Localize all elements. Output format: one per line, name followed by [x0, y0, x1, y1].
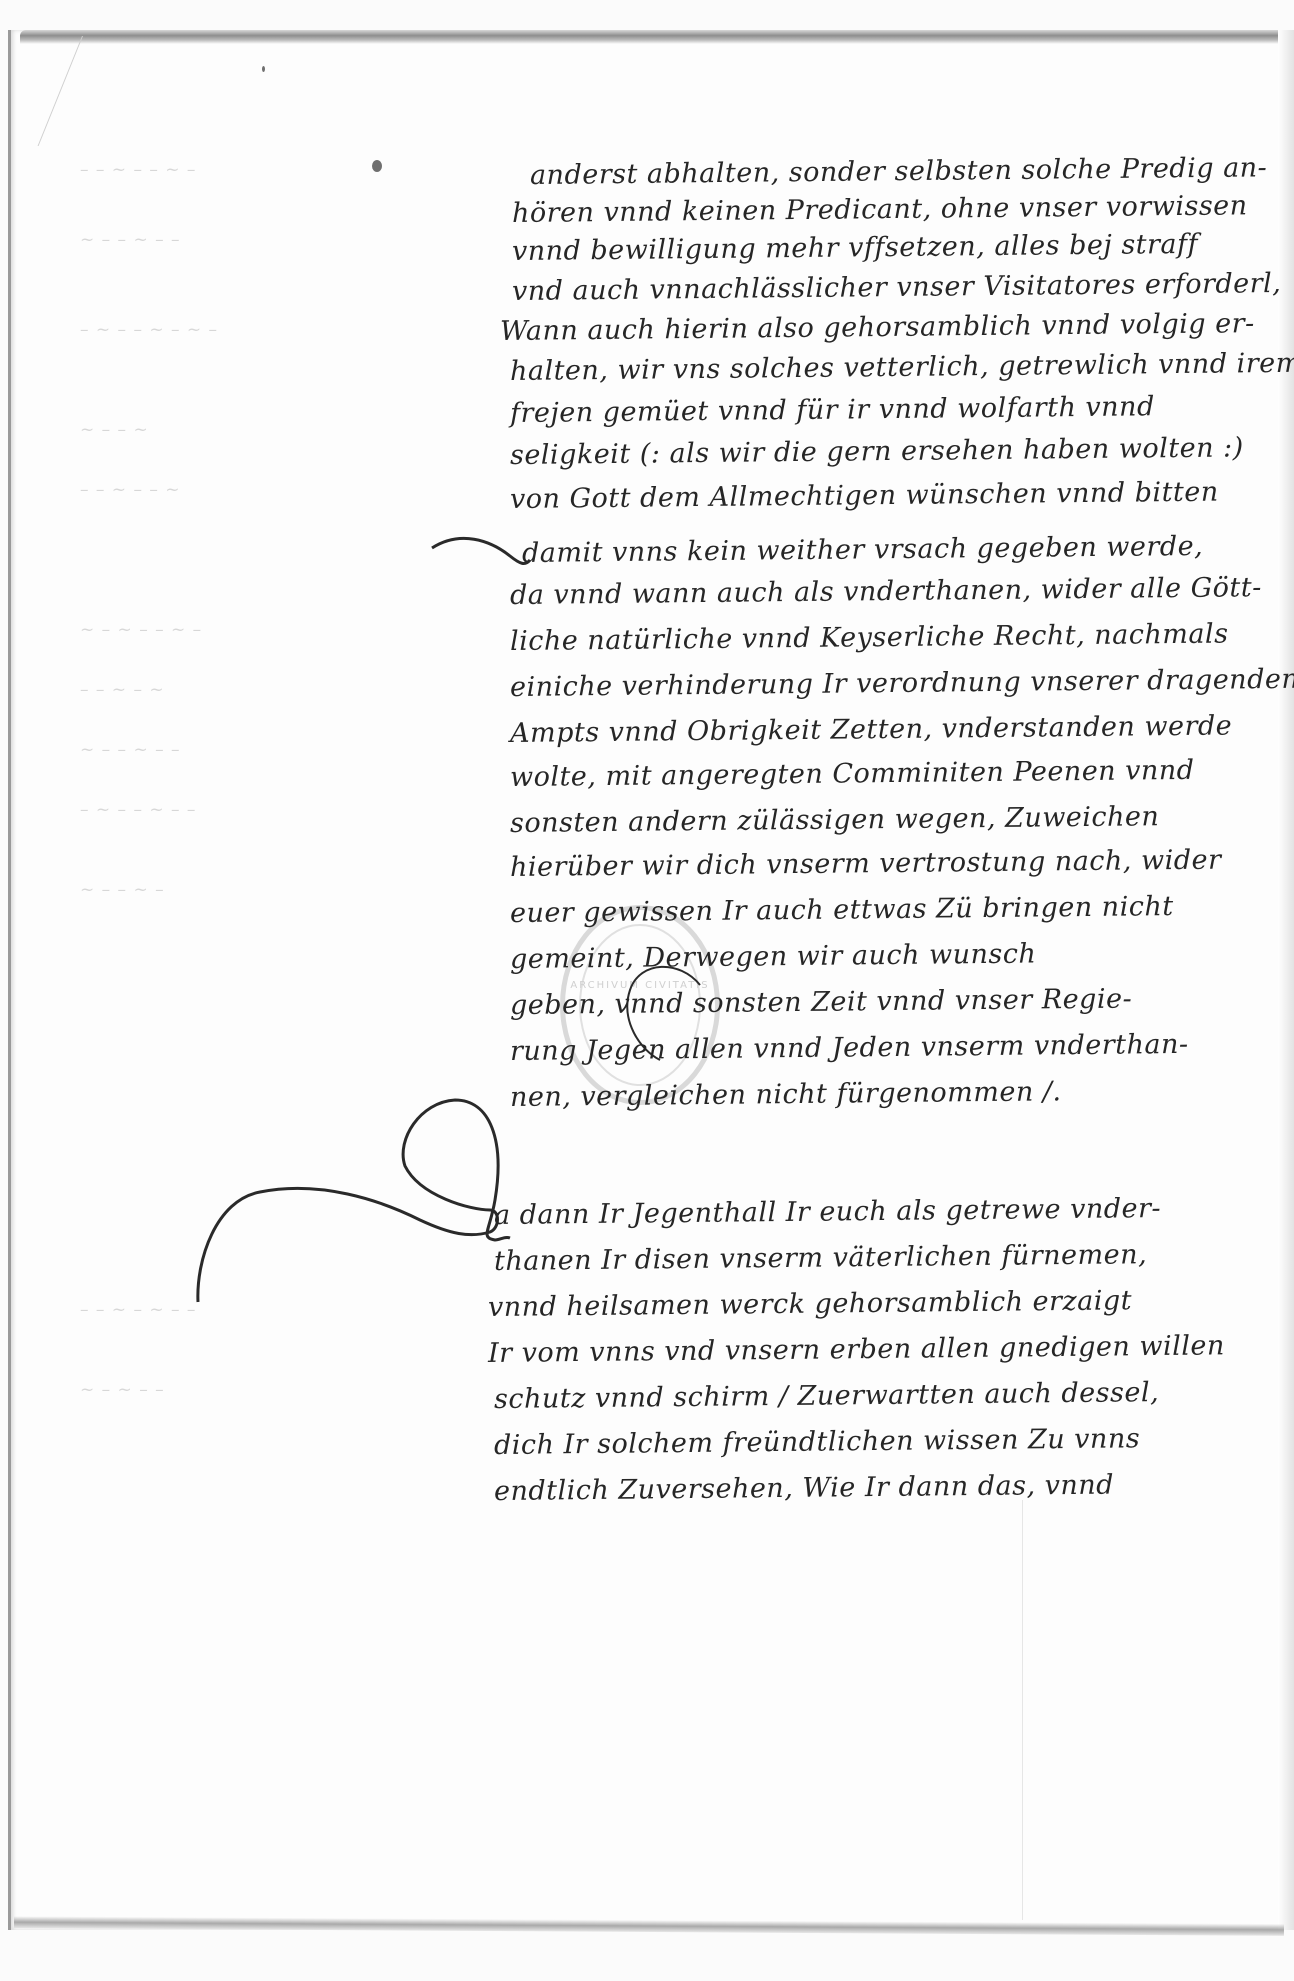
bleed-line: – – ~ – – ~	[80, 480, 460, 500]
text-line: gemeint, Derwegen wir auch wunsch	[510, 938, 1037, 975]
bleed-line: – ~ – – ~ – –	[80, 800, 460, 820]
page-top-edge	[20, 30, 1294, 44]
bleed-line: ~ – ~ – –	[80, 1380, 460, 1400]
ink-spot	[262, 66, 265, 72]
text-line: endtlich Zuversehen, Wie Ir dann das, vn…	[494, 1470, 1114, 1507]
bleed-line: ~ – ~ – – ~ –	[80, 620, 460, 640]
text-line: nen, vergleichen nicht fürgenommen /.	[510, 1076, 1062, 1113]
bleed-line: – ~ – – ~ – ~ –	[80, 320, 460, 340]
bleed-line: – – ~ – ~	[80, 680, 460, 700]
bleed-line: ~ – – ~ – –	[80, 230, 460, 250]
bleed-line: – – ~ – – ~ –	[80, 160, 460, 180]
text-line: geben, vnnd sonsten Zeit vnnd vnser Regi…	[510, 983, 1132, 1021]
paper-crease	[1022, 1500, 1023, 1920]
bleed-line: – – ~ – ~ – –	[80, 1300, 460, 1320]
page-right-edge	[1278, 30, 1294, 1930]
bleed-line: ~ – – ~ – –	[80, 740, 460, 760]
bleed-line: ~ – – ~	[80, 420, 460, 440]
bleed-line: ~ – – ~ –	[80, 880, 460, 900]
